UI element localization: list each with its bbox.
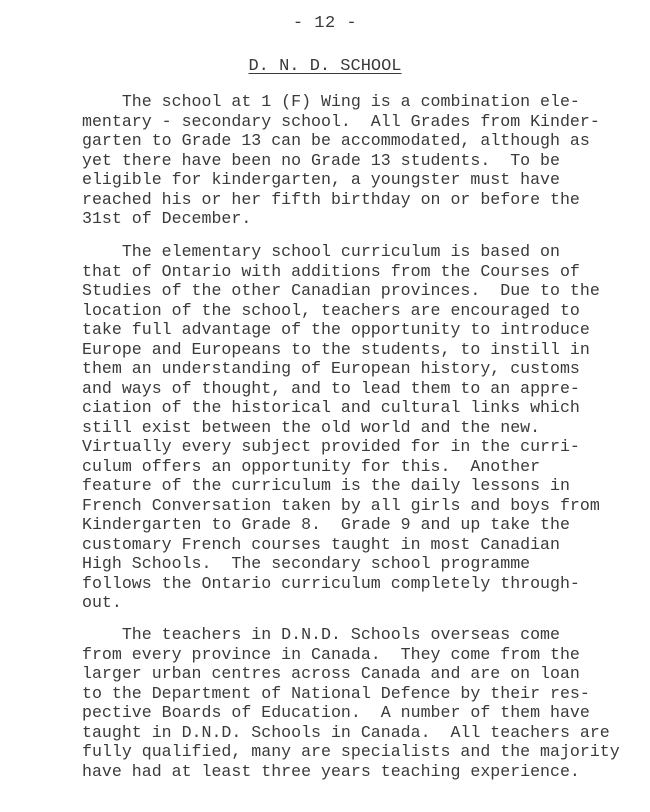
- paragraph-curriculum: The elementary school curriculum is base…: [82, 242, 642, 613]
- text-line: yet there have been no Grade 13 students…: [82, 151, 642, 171]
- text-line: The elementary school curriculum is base…: [82, 242, 642, 262]
- text-line: location of the school, teachers are enc…: [82, 301, 642, 321]
- text-line: to the Department of National Defence by…: [82, 684, 642, 704]
- text-line: reached his or her fifth birthday on or …: [82, 190, 642, 210]
- text-line: customary French courses taught in most …: [82, 535, 642, 555]
- text-line: from every province in Canada. They come…: [82, 645, 642, 665]
- text-line: have had at least three years teaching e…: [82, 762, 642, 782]
- text-line: and ways of thought, and to lead them to…: [82, 379, 642, 399]
- text-line: take full advantage of the opportunity t…: [82, 320, 642, 340]
- text-line: taught in D.N.D. Schools in Canada. All …: [82, 723, 642, 743]
- text-line: mentary - secondary school. All Grades f…: [82, 112, 642, 132]
- text-line: fully qualified, many are specialists an…: [82, 742, 642, 762]
- text-line: follows the Ontario curriculum completel…: [82, 574, 642, 594]
- text-line: French Conversation taken by all girls a…: [82, 496, 642, 516]
- text-line: still exist between the old world and th…: [82, 418, 642, 438]
- page-number: - 12 -: [0, 14, 650, 33]
- text-line: that of Ontario with additions from the …: [82, 262, 642, 282]
- text-line: ciation of the historical and cultural l…: [82, 398, 642, 418]
- text-line: out.: [82, 593, 642, 613]
- text-line: them an understanding of European histor…: [82, 359, 642, 379]
- text-line: feature of the curriculum is the daily l…: [82, 476, 642, 496]
- text-line: garten to Grade 13 can be accommodated, …: [82, 131, 642, 151]
- text-line: The teachers in D.N.D. Schools overseas …: [82, 625, 642, 645]
- section-title-text: D. N. D. SCHOOL: [248, 57, 401, 76]
- text-line: pective Boards of Education. A number of…: [82, 703, 642, 723]
- text-line: 31st of December.: [82, 209, 642, 229]
- paragraph-school-overview: The school at 1 (F) Wing is a combinatio…: [82, 92, 642, 229]
- section-title: D. N. D. SCHOOL: [0, 57, 650, 76]
- text-line: Kindergarten to Grade 8. Grade 9 and up …: [82, 515, 642, 535]
- text-line: High Schools. The secondary school progr…: [82, 554, 642, 574]
- text-line: Virtually every subject provided for in …: [82, 437, 642, 457]
- text-line: The school at 1 (F) Wing is a combinatio…: [82, 92, 642, 112]
- text-line: larger urban centres across Canada and a…: [82, 664, 642, 684]
- paragraph-teachers: The teachers in D.N.D. Schools overseas …: [82, 625, 642, 781]
- text-line: eligible for kindergarten, a youngster m…: [82, 170, 642, 190]
- text-line: Studies of the other Canadian provinces.…: [82, 281, 642, 301]
- text-line: culum offers an opportunity for this. An…: [82, 457, 642, 477]
- text-line: Europe and Europeans to the students, to…: [82, 340, 642, 360]
